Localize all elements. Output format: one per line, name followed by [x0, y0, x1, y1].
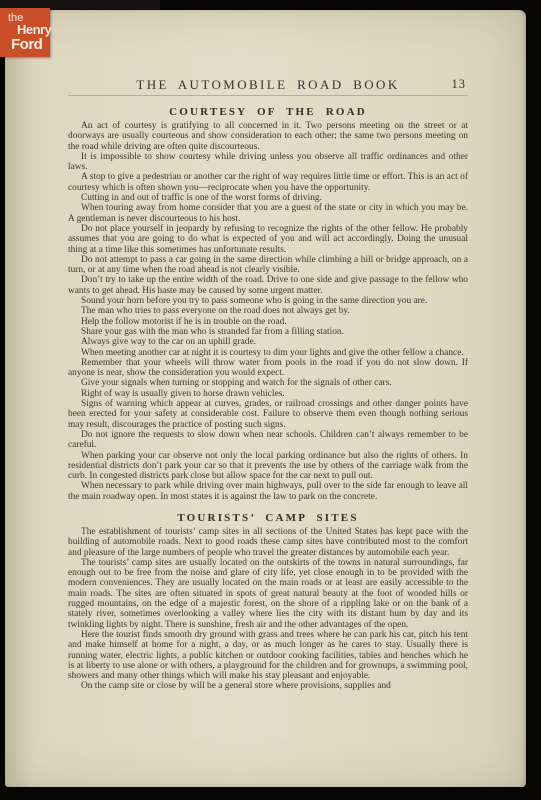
paragraph: A stop to give a pedestrian or another c…	[68, 172, 468, 193]
paragraph: Do not ignore the requests to slow down …	[68, 430, 468, 451]
book-page: THE AUTOMOBILE ROAD BOOK 13 COURTESY OF …	[5, 10, 526, 787]
paragraph: Signs of warning which appear at curves,…	[68, 399, 468, 430]
paragraph: Sound your horn before you try to pass s…	[68, 296, 468, 306]
paragraph: Do not attempt to pass a car going in th…	[68, 255, 468, 276]
paragraph: Cutting in and out of traffic is one of …	[68, 193, 468, 203]
paragraph: Do not place yourself in jeopardy by ref…	[68, 224, 468, 255]
paragraph: The establishment of tourists’ camp site…	[68, 527, 468, 558]
page-number: 13	[452, 77, 467, 92]
paragraph: The tourists’ camp sites are usually loc…	[68, 558, 468, 630]
paragraph: Remember that your wheels will throw wat…	[68, 358, 468, 379]
paragraph: An act of courtesy is gratifying to all …	[68, 121, 468, 152]
paragraph: When necessary to park while driving ove…	[68, 481, 468, 502]
section-heading: TOURISTS’ CAMP SITES	[68, 512, 468, 524]
henry-ford-logo: the Henry Ford	[0, 8, 50, 57]
paragraph: Always give way to the car on an uphill …	[68, 337, 468, 347]
paragraph: Don’t try to take up the entire width of…	[68, 275, 468, 296]
paragraph: Share your gas with the man who is stran…	[68, 327, 468, 337]
logo-word-ford: Ford	[11, 36, 42, 53]
paragraph: When meeting another car at night it is …	[68, 348, 468, 358]
paragraph: Help the follow motorist if he is in tro…	[68, 317, 468, 327]
page-section: TOURISTS’ CAMP SITES The establishment o…	[68, 512, 468, 692]
logo-word-henry: Henry	[17, 22, 51, 37]
paragraph: It is impossible to show courtesy while …	[68, 152, 468, 173]
scanned-book-photo: THE AUTOMOBILE ROAD BOOK 13 COURTESY OF …	[0, 0, 541, 800]
paragraph: Right of way is usually given to horse d…	[68, 389, 468, 399]
section-heading: COURTESY OF THE ROAD	[68, 106, 468, 118]
page-content: COURTESY OF THE ROAD An act of courtesy …	[68, 106, 468, 692]
page-section: COURTESY OF THE ROAD An act of courtesy …	[68, 106, 468, 502]
paragraph: When touring away from home consider tha…	[68, 203, 468, 224]
book-title: THE AUTOMOBILE ROAD BOOK	[136, 77, 399, 92]
paragraph: Give your signals when turning or stoppi…	[68, 378, 468, 388]
paragraph: The man who tries to pass everyone on th…	[68, 306, 468, 316]
running-header: THE AUTOMOBILE ROAD BOOK 13	[68, 76, 468, 91]
paragraph: On the camp site or close by will be a g…	[68, 681, 468, 691]
header-rule	[68, 95, 468, 96]
paragraph: When parking your car observe not only t…	[68, 451, 468, 482]
paragraph: Here the tourist finds smooth dry ground…	[68, 630, 468, 681]
